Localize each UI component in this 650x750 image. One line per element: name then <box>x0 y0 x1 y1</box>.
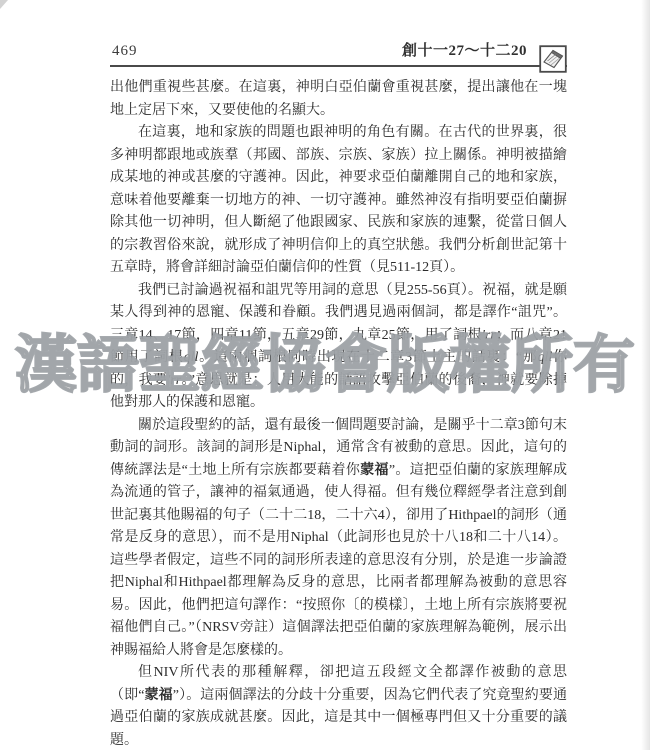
page-header: 469 創十一27～十二20 <box>110 34 567 64</box>
paragraph: 關於這段聖約的話，還有最後一個問題要討論，是關乎十二章3節句末動詞的詞形。該詞的… <box>110 415 567 663</box>
emphasized-term: 蒙福 <box>360 463 389 478</box>
scan-corner-artifact <box>0 0 8 9</box>
transliteration-term: 'rr <box>167 373 181 388</box>
page-number: 469 <box>112 43 138 60</box>
paragraph: 出他們重視些甚麼。在這裏，神明白亞伯蘭會重視甚麼，提出讓他在一塊地上定居下來，又… <box>110 77 567 122</box>
body-text: 出他們重視些甚麼。在這裏，神明白亞伯蘭會重視甚麼，提出讓他在一塊地上定居下來，又… <box>110 77 567 750</box>
paragraph: 在這裏，地和家族的問題也跟神明的角色有關。在古代的世界裏，很多神明都跟地或族羣（… <box>110 122 567 280</box>
header-rule <box>110 65 567 67</box>
transliteration-term: qll <box>538 350 553 365</box>
page-edge-shadow <box>641 0 650 750</box>
text-run: 出他們重視些甚麼。在這裏，神明白亞伯蘭會重視甚麼，提出讓他在一塊地上定居下來，又… <box>110 80 567 118</box>
text-run: ”。這把亞伯蘭的家族理解成為流通的管子，讓神的福氣通過，使人得福。但有幾位釋經學… <box>110 463 567 658</box>
scripture-reference: 創十一27～十二20 <box>402 39 527 60</box>
text-run: ”）。這兩個譯法的分歧十分重要，因為它們代表了究竟聖約要通過亞伯蘭的家族成就甚麼… <box>110 688 567 748</box>
emphasized-term: 蒙福 <box>144 688 172 703</box>
paragraph: 我們已討論過祝福和詛咒等用詞的意思（見255-56頁）。祝福，就是願某人得到神的… <box>110 280 567 415</box>
text-run: 在這裏，地和家族的問題也跟神明的角色有關。在古代的世界裏，很多神明都跟地或族羣（… <box>110 125 567 275</box>
document-page: 469 創十一27～十二20 出他們重視些甚麼。在這裏，神明白亞伯蘭會重視甚麼，… <box>0 0 650 750</box>
text-run: 。這兩個詞根同時出現在十二章3節上主的話裏：“那 <box>198 350 537 365</box>
transliteration-term: 'rr <box>482 328 496 343</box>
transliteration-term: qll <box>184 350 199 365</box>
paragraph: 但NIV所代表的那種解釋，卻把這五段經文全都譯作被動的意思（即“蒙福”）。這兩個… <box>110 662 567 750</box>
scroll-book-icon <box>539 45 567 73</box>
